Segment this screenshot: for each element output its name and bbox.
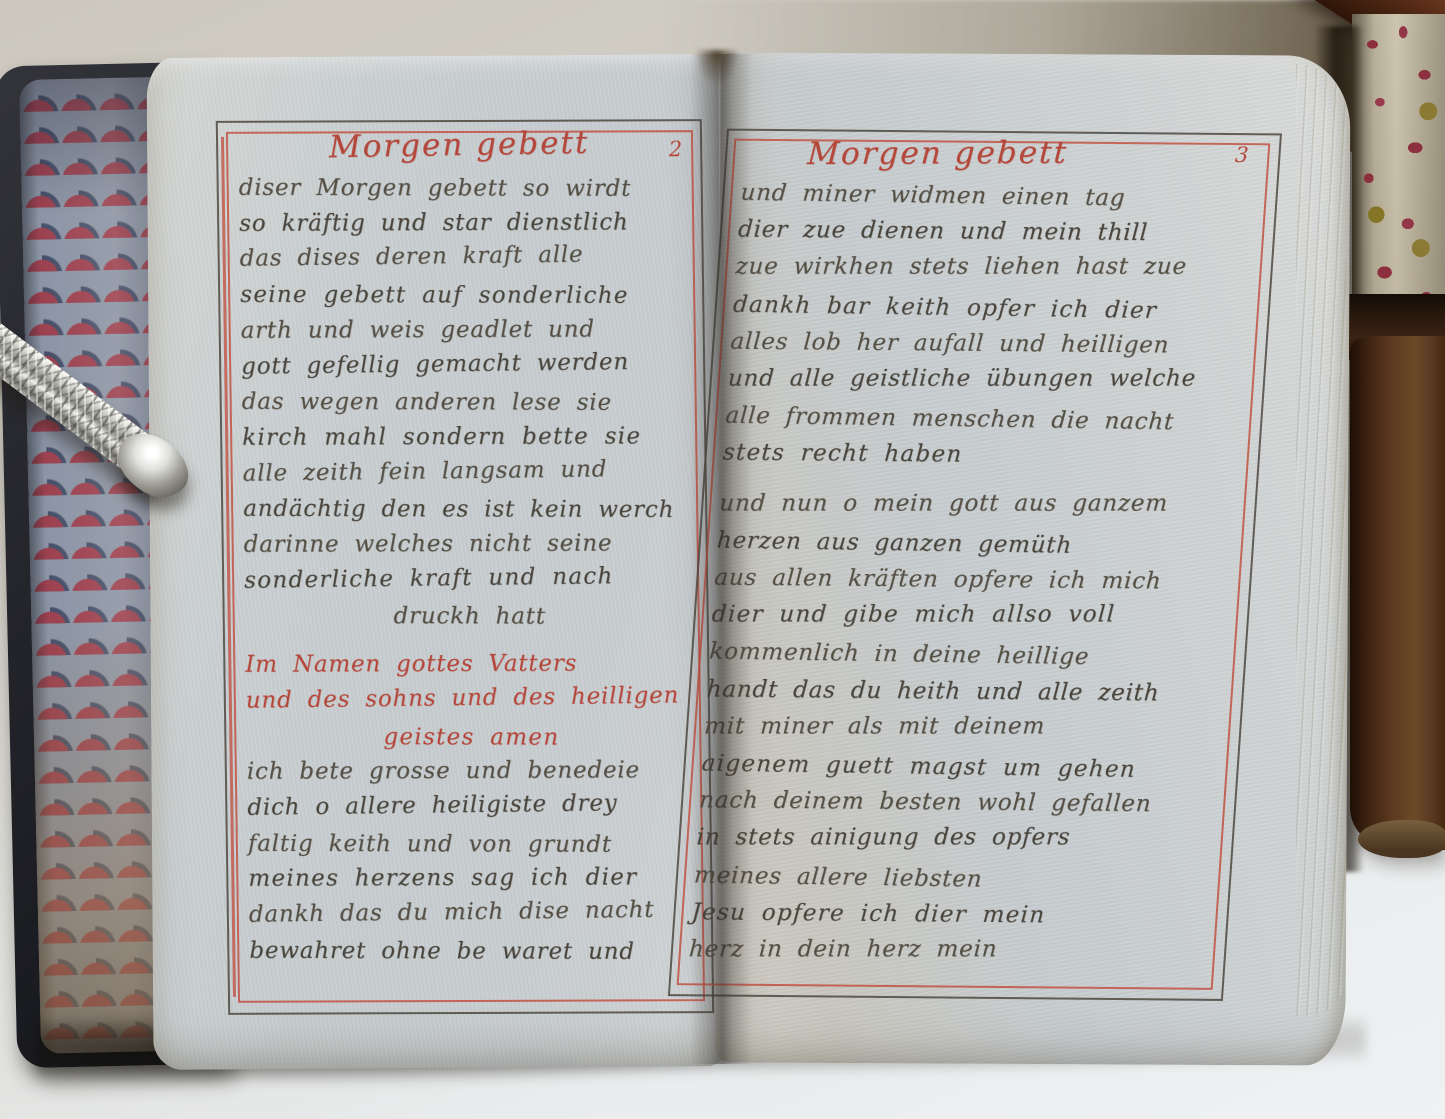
manuscript-line: diser Morgen gebett so wirdt (239, 171, 689, 208)
manuscript-line: dier zue dienen und mein thill (737, 212, 1261, 254)
fore-edge-lines (1296, 64, 1346, 1016)
right-page-number: 3 (1234, 143, 1249, 167)
manuscript-line: das wegen anderen lese sie (242, 385, 692, 422)
manuscript-line: nach deinem besten wohl gefallen (698, 783, 1222, 825)
manuscript-line: alles lob her aufall und heilligen (729, 323, 1253, 365)
photograph-open-prayer-book: Morgen gebett 2 diser Morgen gebett so w… (0, 0, 1445, 1119)
manuscript-line: gott gefellig gemacht werden (241, 344, 692, 385)
left-page-ruled-border: Morgen gebett 2 diser Morgen gebett so w… (216, 119, 714, 1015)
gutter-notch-shadow (692, 50, 742, 106)
manuscript-line: Jesu opfere ich dier mein (690, 894, 1214, 936)
manuscript-line: und nun o mein gott aus ganzem (718, 485, 1241, 522)
manuscript-line: druckh hatt (245, 599, 695, 636)
right-page-header: Morgen gebett (806, 136, 1069, 171)
manuscript-line: und alle geistliche übungen welche (727, 361, 1250, 398)
manuscript-line: dich o allere heiligiste drey (247, 785, 698, 826)
manuscript-line: seine gebett auf sonderliche (240, 278, 690, 315)
manuscript-line: herz in dein herz mein (688, 931, 1211, 968)
background-book-leather-spine (1350, 336, 1445, 850)
manuscript-line: arth und weis geadlet und (240, 312, 690, 349)
manuscript-line: andächtig den es ist kein werch (243, 492, 693, 529)
gutter-shadow (690, 54, 752, 1064)
manuscript-line: in stets ainigung des opfers (696, 820, 1219, 857)
manuscript-line: zue wirkhen stets liehen hast zue (734, 249, 1257, 286)
manuscript-line: mit miner als mit deinem (703, 708, 1226, 745)
manuscript-line: geistes amen (246, 719, 696, 756)
manuscript-line: kirch mahl sondern bette sie (242, 419, 692, 456)
manuscript-line: handt das du heith und alle zeith (706, 671, 1230, 713)
background-book-floral-cover (1352, 14, 1445, 318)
background-book-page-edges (1358, 820, 1445, 858)
manuscript-line: dankh das du mich dise nacht (248, 892, 699, 933)
manuscript-line: dier und gibe mich allso voll (711, 597, 1234, 634)
manuscript-line: das dises deren kraft alle (239, 237, 690, 278)
manuscript-line: bewahret ohne be waret und (249, 934, 699, 971)
manuscript-line: stets recht haben (722, 435, 1246, 477)
left-page-text: diser Morgen gebett so wirdtso kräftig u… (238, 169, 699, 969)
manuscript-line: sonderliche kraft und nach (244, 558, 695, 599)
manuscript-line: faltig keith und von grundt (248, 826, 698, 863)
right-page-text: und miner widmen einen tagdier zue diene… (688, 175, 1263, 973)
right-page-ruled-border: Morgen gebett 3 und miner widmen einen t… (668, 129, 1282, 1001)
left-page-number: 2 (669, 137, 683, 161)
manuscript-line: und des sohns und des heilligen (245, 678, 696, 719)
manuscript-line: darinne welches nicht seine (243, 526, 693, 563)
manuscript-line: Im Namen gottes Vatters (245, 646, 695, 683)
manuscript-line: alle zeith fein langsam und (242, 451, 693, 492)
manuscript-line: aus allen kräften opfere ich mich (713, 560, 1237, 602)
